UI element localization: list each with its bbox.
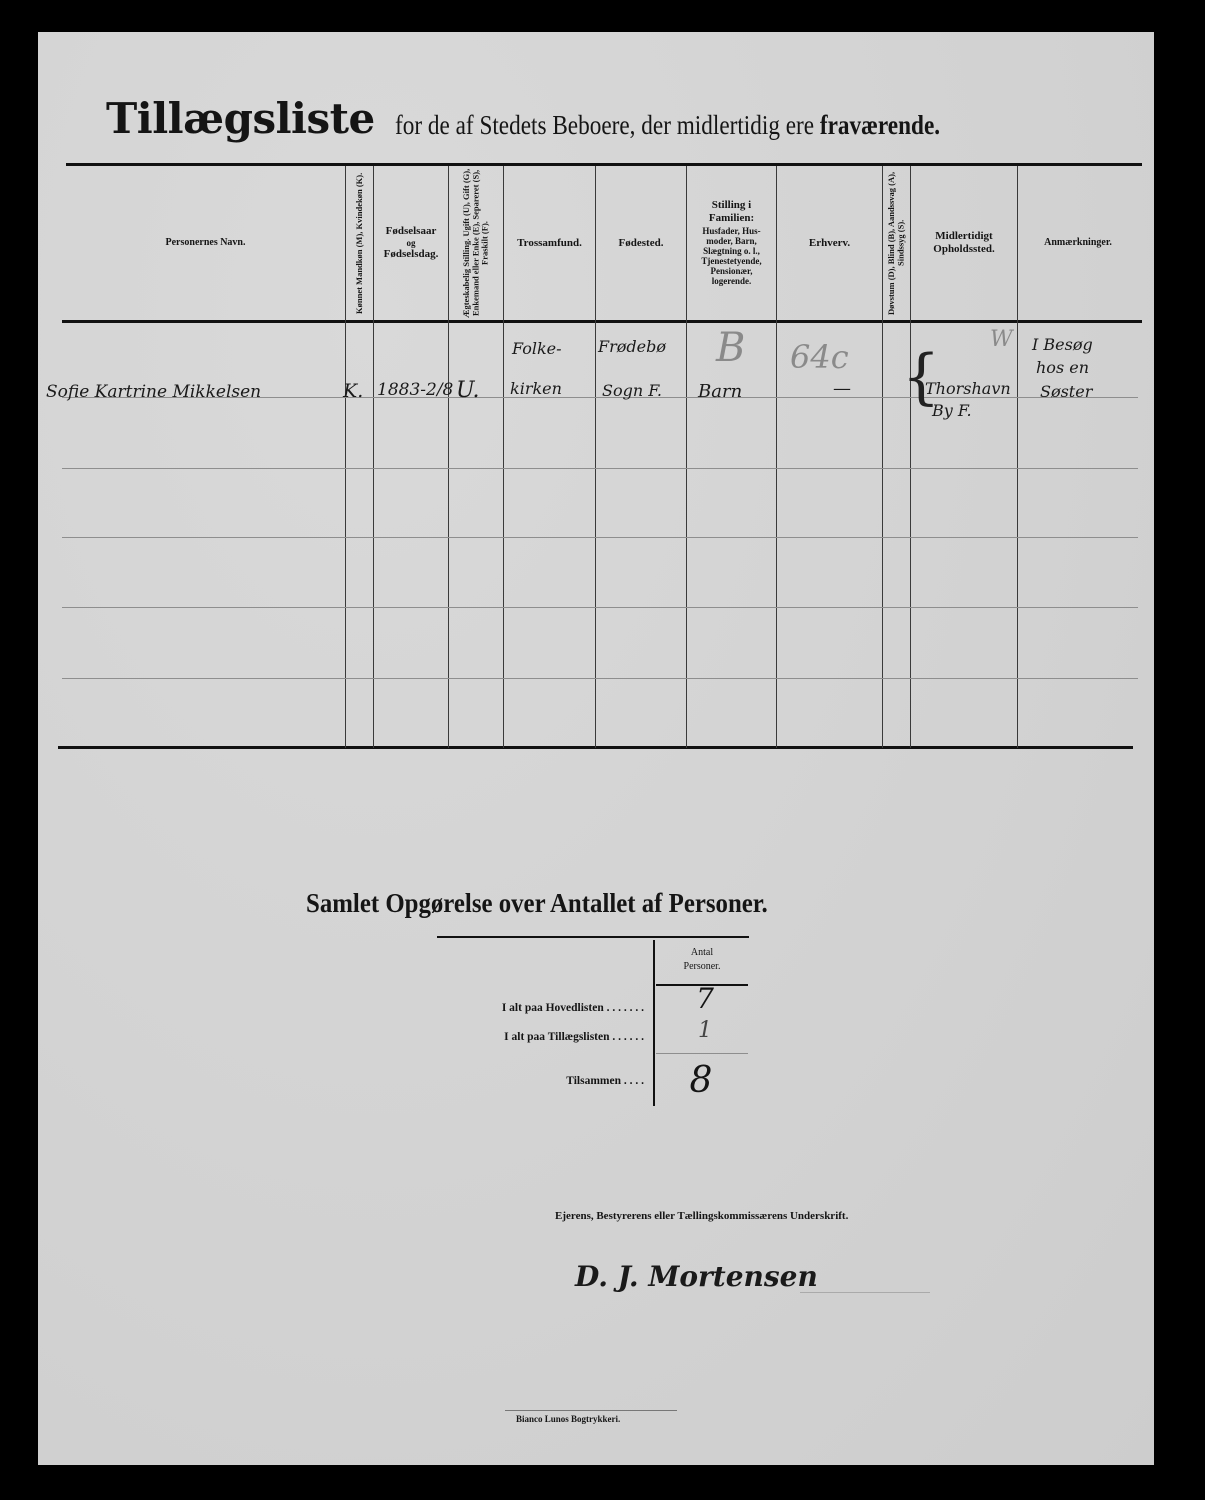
header-family-position: Stilling i Familien: Husfader, Hus- mode… [687,166,776,320]
cell-residence-2: By F. [932,402,972,420]
printer-imprint: Bianco Lunos Bogtrykkeri. [516,1414,620,1424]
header-family-title1: Stilling i [712,199,751,212]
cell-religion-1: Folke- [512,340,562,358]
header-birth-line2: og [407,238,416,248]
header-temp-line1: Midlertidigt [935,230,992,243]
summary-col-header: Antal Personer. [656,946,748,974]
cell-remarks-3: Søster [1040,383,1092,401]
header-family-title2: Familien: [709,212,754,225]
header-remarks: Anmærkninger. [1018,166,1138,320]
header-occupation: Erhverv. [777,166,882,320]
summary-title: Samlet Opgørelse over Antallet af Person… [306,888,768,919]
summary-label-supplement: I alt paa Tillægslisten . . . . . . [424,1031,644,1043]
header-birth-line3: Fødselsdag. [384,248,439,261]
cell-family-position: Barn [698,382,742,402]
summary-label-main: I alt paa Hovedlisten . . . . . . . [424,1002,644,1014]
summary-value-total: 8 [656,1060,746,1101]
header-family-detail6: logerende. [712,277,752,287]
cell-family-pencil: B [716,326,745,370]
subtitle-text: for de af Stedets Beboere, der midlertid… [395,110,814,140]
header-birthplace: Fødested. [596,166,686,320]
summary-col-divider [653,940,655,1106]
row-line [62,468,1138,469]
signature-line [800,1292,930,1293]
header-birth: Fødselsaar og Fødselsdag. [374,166,448,320]
header-name: Personernes Navn. [66,166,345,320]
cell-occupation: — [833,379,851,399]
summary-top-rule [437,936,749,938]
cell-marital: U. [456,379,480,403]
signature: D. J. Mortensen [575,1262,818,1293]
header-temp-residence: Midlertidigt Opholdssted. [911,166,1017,320]
summary-label-total: Tilsammen . . . . [424,1075,644,1087]
summary-value-main: 7 [660,982,750,1015]
header-religion: Trossamfund. [504,166,595,320]
header-sex: Kønnet Mandkøn (M), Kvindekøn (K). [346,168,373,318]
signature-caption: Ejerens, Bestyrerens eller Tællingskommi… [555,1210,848,1222]
header-bottom-rule [62,320,1142,323]
cell-residence-pencil: W [990,328,1013,352]
cell-name: Sofie Kartrine Mikkelsen [46,383,261,402]
cell-religion-2: kirken [510,380,562,398]
cell-birth: 1883-2/8 [377,381,453,400]
header-temp-line2: Opholdssted. [933,243,994,256]
row-line [62,678,1138,679]
cell-birthplace-2: Sogn F. [602,382,662,400]
cell-remarks-2: hos en [1036,359,1089,377]
row-line [62,607,1138,608]
form-subtitle: for de af Stedets Beboere, der midlertid… [395,112,940,139]
summary-col-header-1: Antal [656,946,748,960]
form-title: Tillægsliste [106,98,375,140]
cell-birthplace-1: Frødebø [598,338,666,356]
summary-value-supplement: 1 [660,1018,750,1043]
row-line [62,537,1138,538]
header-birth-line1: Fødselsaar [386,225,437,238]
cell-remarks-1: I Besøg [1032,336,1093,354]
header-marital: Ægteskabelig Stilling. Ugift (U), Gift (… [449,168,503,318]
cell-sex: K. [343,381,363,402]
subtitle-bold-word: fraværende. [820,110,940,140]
summary-subtotal-rule [656,1053,748,1054]
header-disability: Døvstum (D), Blind (B), Aandssvag (A), S… [883,168,910,318]
summary-col-header-2: Personer. [656,960,748,974]
cell-occupation-pencil: 64c [790,340,849,375]
cell-residence-1: Thorshavn [925,380,1011,398]
printer-rule [505,1410,677,1411]
